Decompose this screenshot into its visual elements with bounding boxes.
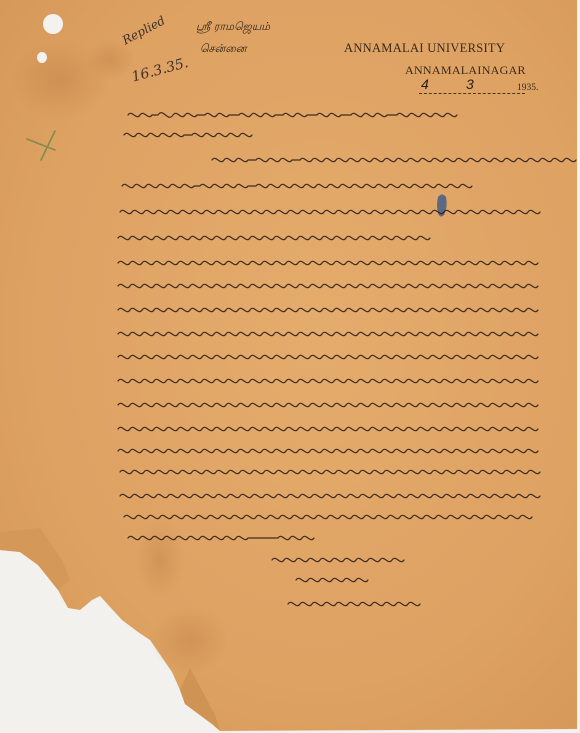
body-line [118,379,538,382]
body-line [120,470,540,473]
body-line [120,494,540,497]
body-line [118,403,538,406]
body-line [128,536,314,539]
body-line [118,355,538,358]
body-line [118,332,538,335]
body-line [118,261,538,264]
body-line [122,184,472,187]
body-line [124,133,252,136]
body-line [128,113,457,118]
body-line [118,236,430,239]
body-line [120,210,540,213]
body-line [118,308,538,311]
body-line [118,449,538,452]
body-line [118,427,538,430]
body-line [124,515,532,518]
handwritten-body [0,0,580,733]
body-line [118,284,538,287]
body-line [212,158,576,161]
